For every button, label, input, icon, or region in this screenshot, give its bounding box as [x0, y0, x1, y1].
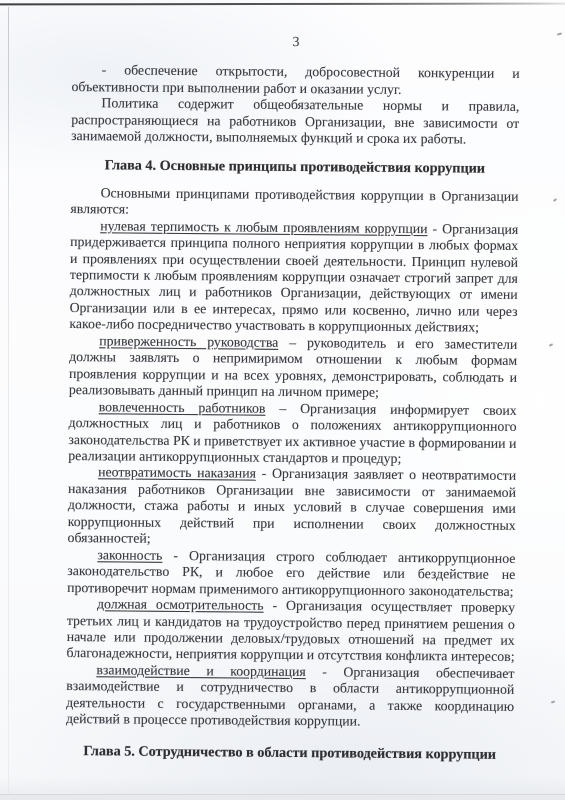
- scan-artifact-mark: [549, 343, 553, 346]
- term-zero-tolerance: нулевая терпимость к любым проявлениям к…: [100, 218, 427, 236]
- paragraph-interaction-coordination: взаимодействие и координация - Организац…: [66, 662, 515, 732]
- scanned-page: 3 - обеспечение открытости, добросовестн…: [0, 0, 565, 800]
- paragraph-legality: законность - Организация строго соблюдае…: [67, 547, 515, 600]
- term-due-diligence: должная осмотрительность: [97, 596, 264, 612]
- paragraph-due-diligence: должная осмотрительность - Организация о…: [67, 596, 516, 666]
- scan-artifact-mark: [557, 32, 562, 35]
- term-legality: законность: [97, 547, 162, 563]
- paragraph-services: - обеспечение открытости, добросовестной…: [71, 62, 519, 99]
- paragraph-inevitability-of-punishment: неотвратимость наказания - Организация з…: [68, 464, 517, 550]
- document-text-block: 3 - обеспечение открытости, добросовестн…: [66, 32, 520, 775]
- paragraph-leadership-commitment: приверженность руководства – руководител…: [69, 333, 518, 403]
- scan-artifact-mark: [553, 198, 557, 202]
- paragraph-zero-tolerance: нулевая терпимость к любым проявлениям к…: [69, 218, 518, 337]
- paragraph-principles-intro: Основными принципами противодействия кор…: [70, 185, 518, 222]
- scan-artifact-mark: [551, 700, 555, 703]
- term-employee-involvement: вовлеченность работников: [99, 399, 266, 415]
- term-leadership-commitment: приверженность руководства: [99, 333, 278, 350]
- scan-top-edge: [0, 3, 565, 6]
- scan-bottom-edge: [0, 794, 565, 800]
- chapter-5-heading: Глава 5. Сотрудничество в области против…: [66, 743, 514, 764]
- paragraph-employee-involvement: вовлеченность работников – Организация и…: [68, 399, 517, 469]
- paragraph-policy-scope: Политика содержит общеобязательные нормы…: [71, 95, 519, 148]
- term-inevitability-of-punishment: неотвратимость наказания: [98, 465, 256, 481]
- chapter-4-heading: Глава 4. Основные принципы противодейств…: [71, 157, 519, 178]
- paragraph-text: - Организация придерживается принципа по…: [69, 221, 518, 335]
- scan-left-edge-line: [8, 7, 9, 795]
- page-number: 3: [72, 32, 520, 52]
- term-interaction-coordination: взаимодействие и координация: [96, 662, 305, 679]
